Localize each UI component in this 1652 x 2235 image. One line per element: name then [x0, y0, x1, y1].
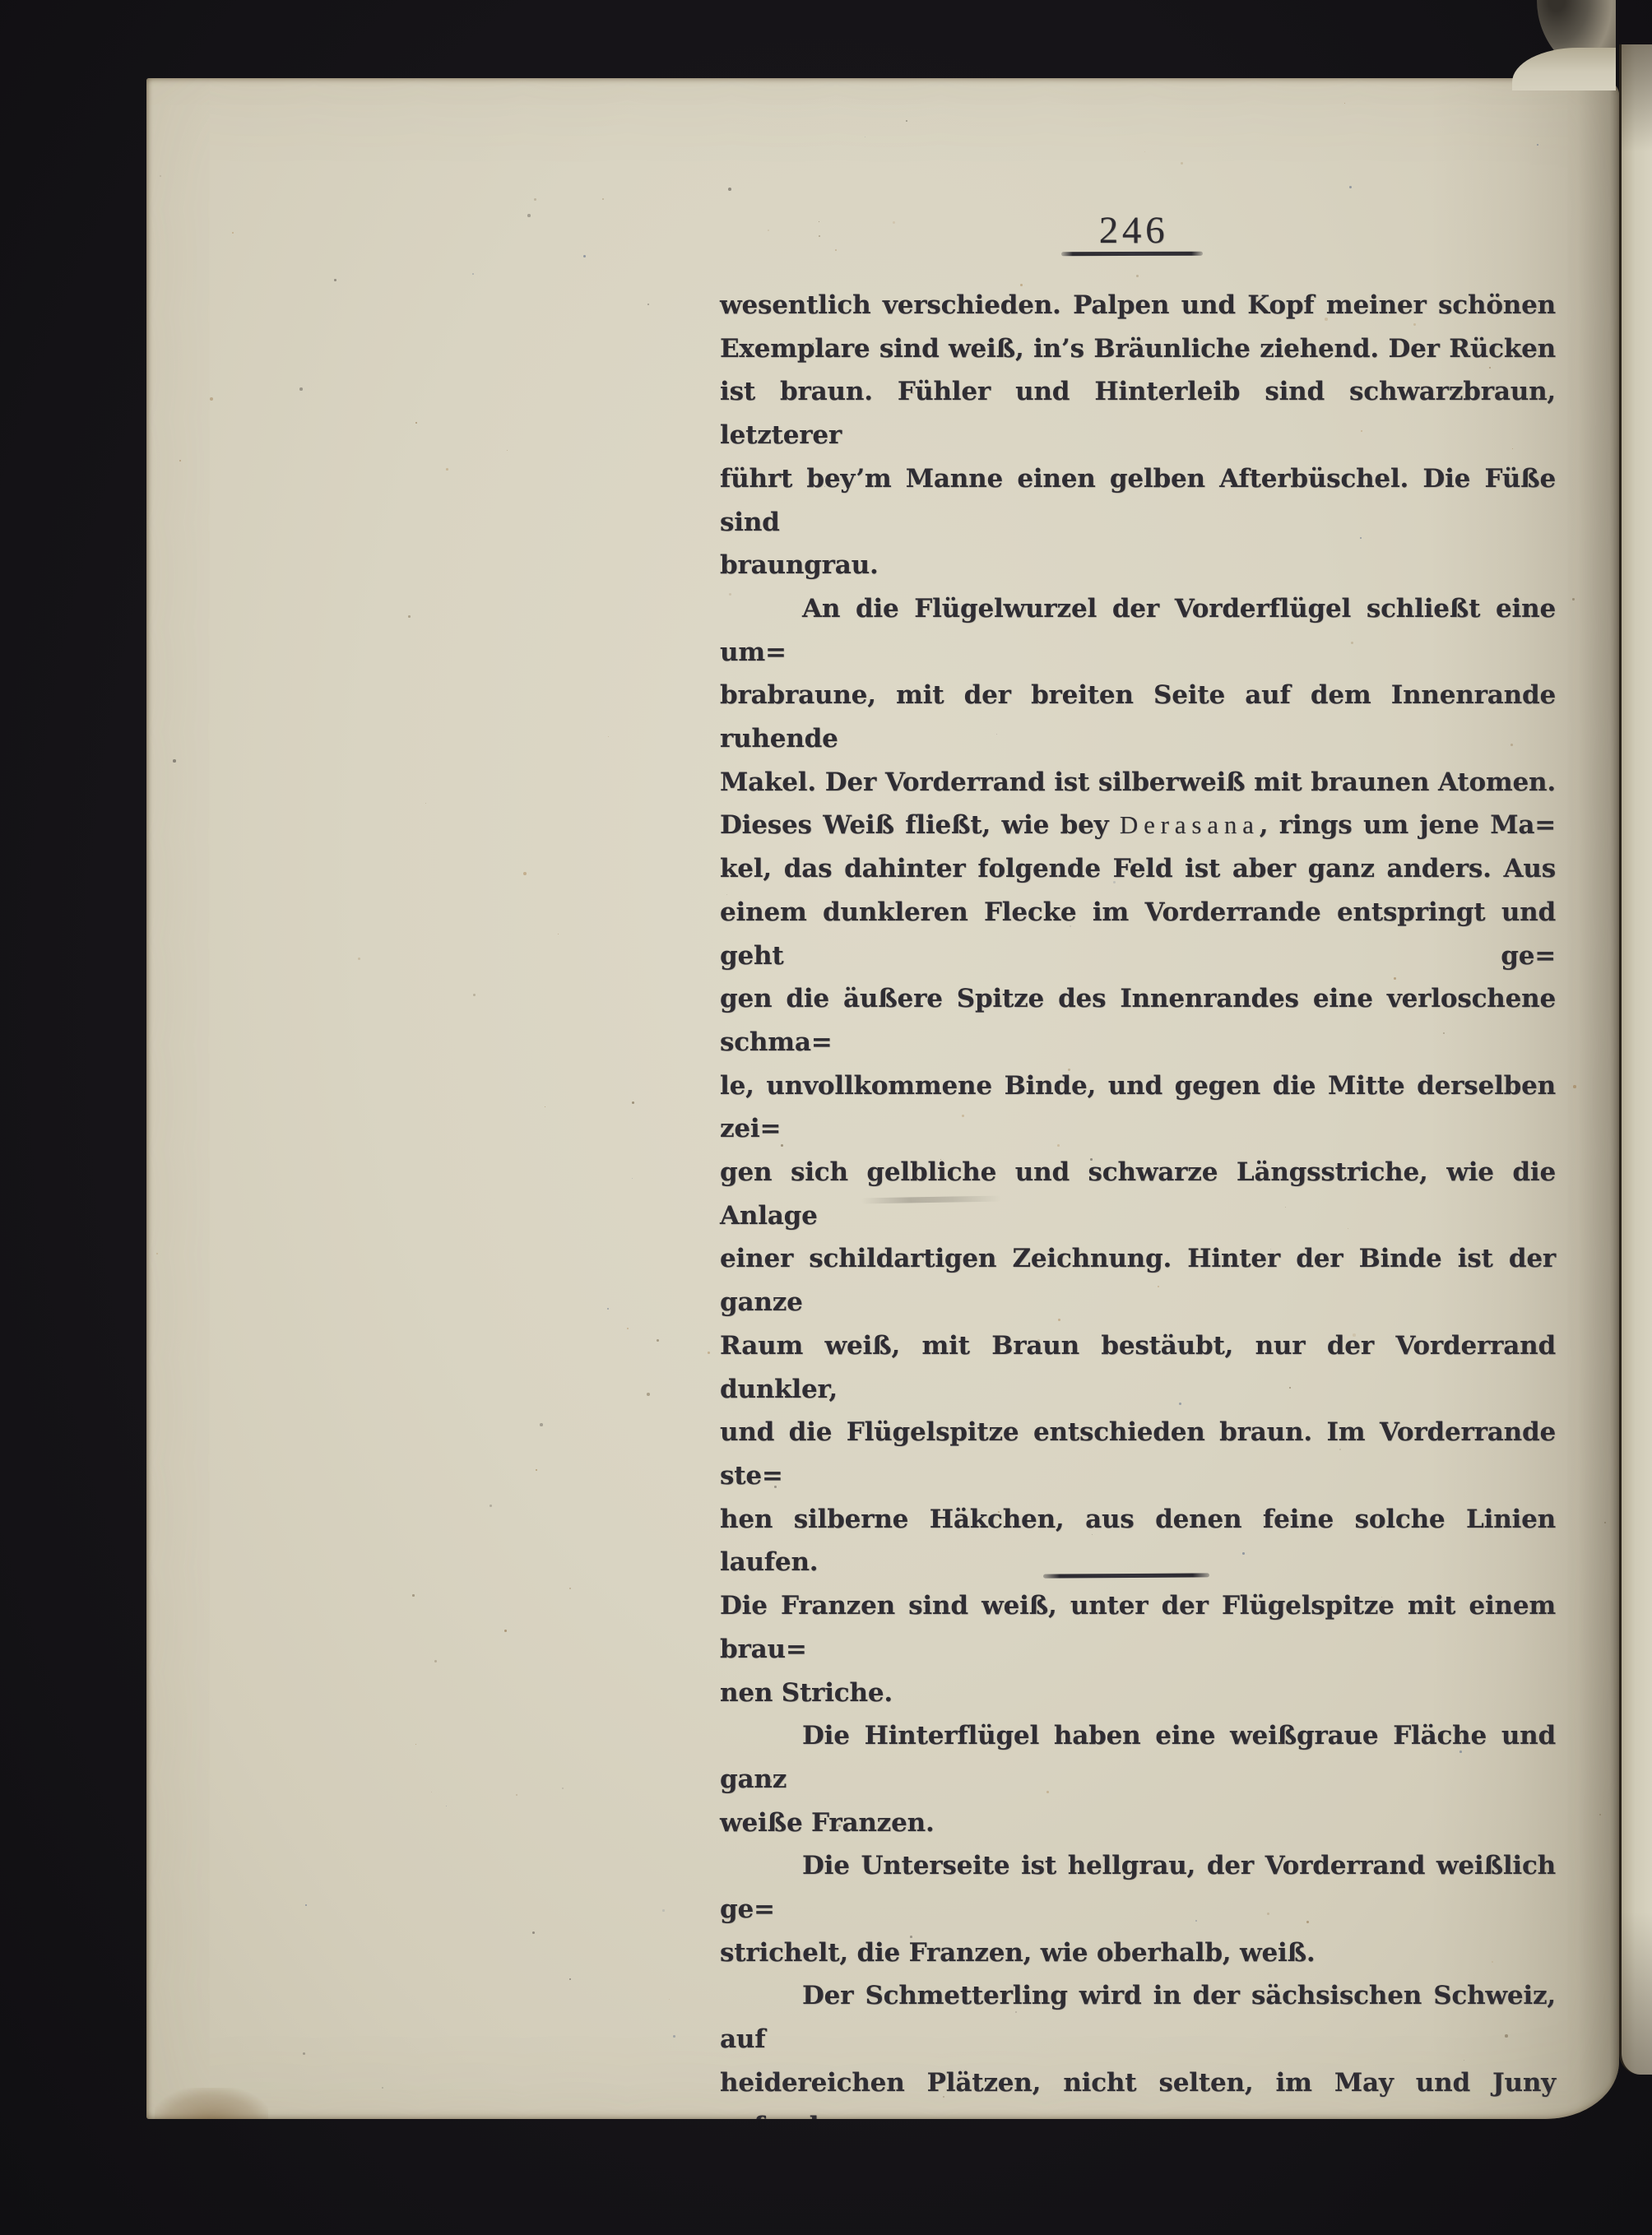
text-line: gen die äußere Spitze des Innenrandes ei…	[720, 977, 1556, 1064]
species-name: Derasana	[1120, 810, 1260, 839]
page-top-edge	[1512, 48, 1616, 90]
text-line: Makel. Der Vorderrand ist silberweiß mit…	[720, 761, 1556, 805]
text-line: führt bey’m Manne einen gelben Afterbüsc…	[720, 457, 1556, 544]
text-line: Die Unterseite ist hellgrau, der Vorderr…	[720, 1844, 1556, 1931]
text-line: brabraune, mit der breiten Seite auf dem…	[720, 674, 1556, 760]
text-line: Der Schmetterling wird in der sächsische…	[720, 1974, 1556, 2061]
text-line: ist braun. Fühler und Hinterleib sind sc…	[720, 370, 1556, 457]
text-line: Die Franzen sind weiß, unter der Flügels…	[720, 1584, 1556, 1671]
paragraph: Die Unterseite ist hellgrau, der Vorderr…	[720, 1844, 1556, 1974]
text-line: weiße Franzen.	[720, 1801, 1556, 1845]
page-number-underline	[1061, 252, 1203, 257]
paragraph: Die Hinterflügel haben eine weißgraue Fl…	[720, 1714, 1556, 1844]
text-line: wesentlich verschieden. Palpen und Kopf …	[720, 284, 1556, 327]
page-number: 246	[969, 208, 1298, 253]
text-line: Raum weiß, mit Braun bestäubt, nur der V…	[720, 1324, 1556, 1411]
book-scan: 246 wesentlich verschieden. Palpen und K…	[0, 0, 1652, 2235]
text-line: nen Striche.	[720, 1672, 1556, 1715]
text-line: gen sich gelbliche und schwarze Längsstr…	[720, 1151, 1556, 1237]
book-page: 246 wesentlich verschieden. Palpen und K…	[146, 78, 1619, 2119]
paragraph: Der Schmetterling wird in der sächsische…	[720, 1974, 1556, 2119]
text-line: heidereichen Plätzen, nicht selten, im M…	[720, 2061, 1556, 2119]
text-line: einer schildartigen Zeichnung. Hinter de…	[720, 1237, 1556, 1324]
paragraph: An die Flügelwurzel der Vorderflügel sch…	[720, 587, 1556, 1714]
text-line: le, unvollkommene Binde, und gegen die M…	[720, 1064, 1556, 1151]
text-line: und die Flügelspitze entschieden braun. …	[720, 1411, 1556, 1497]
text-line: hen silberne Häkchen, aus denen feine so…	[720, 1498, 1556, 1584]
text-line: kel, das dahinter folgende Feld ist aber…	[720, 847, 1556, 891]
text-line: strichelt, die Franzen, wie oberhalb, we…	[720, 1931, 1556, 1975]
text-line: An die Flügelwurzel der Vorderflügel sch…	[720, 587, 1556, 674]
paragraph: wesentlich verschieden. Palpen und Kopf …	[720, 284, 1556, 587]
text-line: einem dunkleren Flecke im Vorderrande en…	[720, 891, 1556, 977]
text-line: Dieses Weiß fließt, wie bey Derasana, ri…	[720, 804, 1556, 847]
paper-stain	[155, 2088, 268, 2119]
text-line: braungrau.	[720, 544, 1556, 587]
text-line: Die Hinterflügel haben eine weißgraue Fl…	[720, 1714, 1556, 1801]
adjacent-page-edge	[1619, 44, 1652, 2075]
text-block: wesentlich verschieden. Palpen und Kopf …	[720, 284, 1556, 2119]
text-line: Exemplare sind weiß, in’s Bräunliche zie…	[720, 327, 1556, 371]
